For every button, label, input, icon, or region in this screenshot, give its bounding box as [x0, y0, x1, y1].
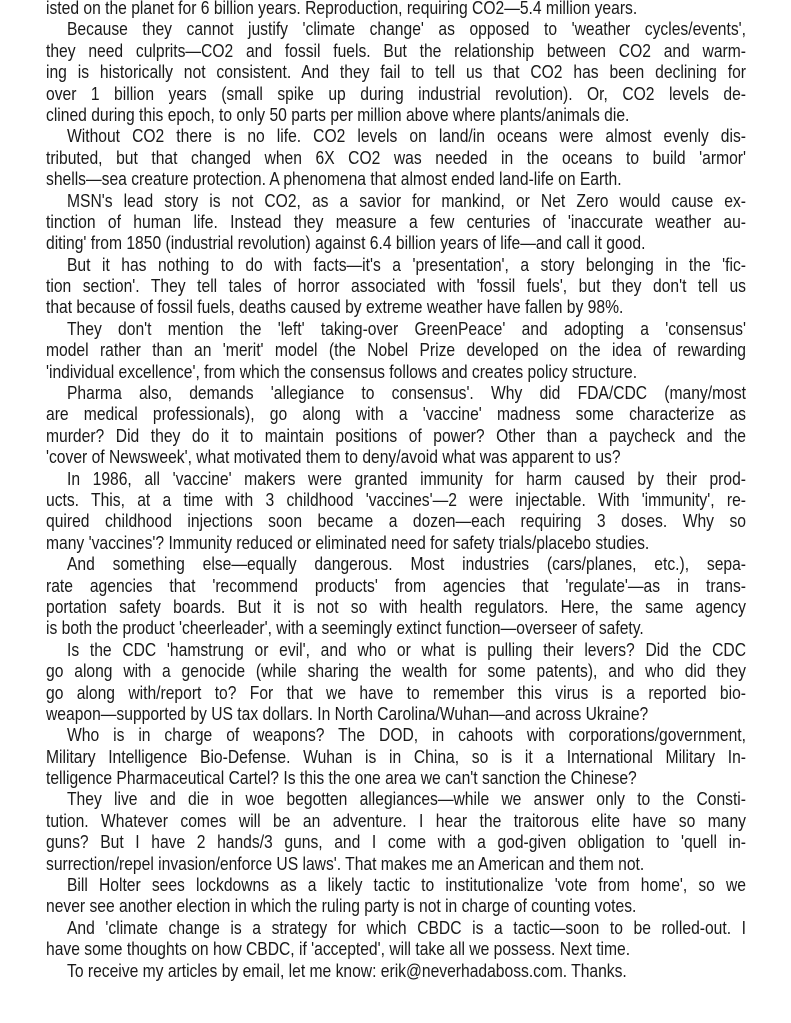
text-line: they need culprits—CO2 and fossil fuels.… [46, 41, 746, 62]
text-line: In 1986, all 'vaccine' makers were grant… [46, 469, 746, 490]
article-body: isted on the planet for 6 billion years.… [46, 0, 746, 982]
text-line: portation safety boards. But it is not s… [46, 597, 746, 618]
text-line: is both the product 'cheerleader', with … [46, 618, 746, 639]
text-line: Pharma also, demands 'allegiance to cons… [46, 383, 746, 404]
text-line: 'cover of Newsweek', what motivated them… [46, 447, 746, 468]
text-line: 'individual excellence', from which the … [46, 362, 746, 383]
text-line: ucts. This, at a time with 3 childhood '… [46, 490, 746, 511]
line-text: Is the CDC 'hamstrung or evil', and who … [67, 640, 746, 661]
line-text: 'cover of Newsweek', what motivated them… [46, 447, 621, 468]
paragraph: To receive my articles by email, let me … [46, 961, 746, 982]
paragraph: And something else—equally dangerous. Mo… [46, 554, 746, 640]
paragraph: isted on the planet for 6 billion years.… [46, 0, 746, 19]
line-text: tributed, but that changed when 6X CO2 w… [46, 148, 746, 169]
line-text: Bill Holter sees lockdowns as a likely t… [67, 875, 746, 896]
paragraph: Pharma also, demands 'allegiance to cons… [46, 383, 746, 469]
paragraph: In 1986, all 'vaccine' makers were grant… [46, 469, 746, 555]
line-text: clined during this epoch, to only 50 par… [46, 105, 629, 126]
line-text: telligence Pharmaceutical Cartel? Is thi… [46, 768, 637, 789]
text-line: that because of fossil fuels, deaths cau… [46, 297, 746, 318]
text-line: Without CO2 there is no life. CO2 levels… [46, 126, 746, 147]
text-line: To receive my articles by email, let me … [46, 961, 746, 982]
text-line: go along with a genocide (while sharing … [46, 661, 746, 682]
text-line: never see another election in which the … [46, 896, 746, 917]
text-line: quired childhood injections soon became … [46, 511, 746, 532]
text-line: rate agencies that 'recommend products' … [46, 576, 746, 597]
text-line: ing is historically not consistent. And … [46, 62, 746, 83]
line-text: never see another election in which the … [46, 896, 636, 917]
line-text: have some thoughts on how CBDC, if 'acce… [46, 939, 630, 960]
line-text: tion section'. They tell tales of horror… [46, 276, 746, 297]
text-line: isted on the planet for 6 billion years.… [46, 0, 746, 19]
line-text: tinction of human life. Instead they mea… [46, 212, 746, 233]
line-text: is both the product 'cheerleader', with … [46, 618, 644, 639]
paragraph: But it has nothing to do with facts—it's… [46, 255, 746, 319]
line-text: quired childhood injections soon became … [46, 511, 746, 532]
line-text: ing is historically not consistent. And … [46, 62, 746, 83]
text-line: have some thoughts on how CBDC, if 'acce… [46, 939, 746, 960]
paragraph: MSN's lead story is not CO2, as a savior… [46, 191, 746, 255]
text-line: And something else—equally dangerous. Mo… [46, 554, 746, 575]
line-text: portation safety boards. But it is not s… [46, 597, 746, 618]
line-text: And something else—equally dangerous. Mo… [67, 554, 746, 575]
text-line: But it has nothing to do with facts—it's… [46, 255, 746, 276]
line-text: over 1 billion years (small spike up dur… [46, 84, 746, 105]
paragraph: They don't mention the 'left' taking-ove… [46, 319, 746, 383]
line-text: Military Intelligence Bio-Defense. Wuhan… [46, 747, 746, 768]
line-text: many 'vaccines'? Immunity reduced or eli… [46, 533, 649, 554]
text-line: They live and die in woe begotten allegi… [46, 789, 746, 810]
text-line: over 1 billion years (small spike up dur… [46, 84, 746, 105]
line-text: go along with a genocide (while sharing … [46, 661, 746, 682]
text-line: go along with/report to? For that we hav… [46, 683, 746, 704]
text-line: MSN's lead story is not CO2, as a savior… [46, 191, 746, 212]
line-text: Because they cannot justify 'climate cha… [67, 19, 746, 40]
line-text: diting' from 1850 (industrial revolution… [46, 233, 645, 254]
line-text: But it has nothing to do with facts—it's… [67, 255, 746, 276]
text-line: Military Intelligence Bio-Defense. Wuhan… [46, 747, 746, 768]
text-line: weapon—supported by US tax dollars. In N… [46, 704, 746, 725]
line-text: Without CO2 there is no life. CO2 levels… [67, 126, 746, 147]
line-text: MSN's lead story is not CO2, as a savior… [67, 191, 746, 212]
text-line: guns? But I have 2 hands/3 guns, and I c… [46, 832, 746, 853]
line-text: isted on the planet for 6 billion years.… [46, 0, 637, 19]
line-text: go along with/report to? For that we hav… [46, 683, 746, 704]
line-text: Who is in charge of weapons? The DOD, in… [67, 725, 746, 746]
line-text: weapon—supported by US tax dollars. In N… [46, 704, 648, 725]
line-text: They don't mention the 'left' taking-ove… [67, 319, 746, 340]
line-text: To receive my articles by email, let me … [67, 961, 627, 982]
paragraph: Is the CDC 'hamstrung or evil', and who … [46, 640, 746, 726]
text-line: many 'vaccines'? Immunity reduced or eli… [46, 533, 746, 554]
text-line: diting' from 1850 (industrial revolution… [46, 233, 746, 254]
text-line: Bill Holter sees lockdowns as a likely t… [46, 875, 746, 896]
text-line: clined during this epoch, to only 50 par… [46, 105, 746, 126]
line-text: Pharma also, demands 'allegiance to cons… [67, 383, 746, 404]
text-line: Who is in charge of weapons? The DOD, in… [46, 725, 746, 746]
line-text: surrection/repel invasion/enforce US law… [46, 854, 644, 875]
line-text: And 'climate change is a strategy for wh… [67, 918, 746, 939]
line-text: tution. Whatever comes will be an advent… [46, 811, 746, 832]
paragraph: Bill Holter sees lockdowns as a likely t… [46, 875, 746, 918]
text-line: are medical professionals), go along wit… [46, 404, 746, 425]
line-text: They live and die in woe begotten allegi… [67, 789, 746, 810]
text-line: murder? Did they do it to maintain posit… [46, 426, 746, 447]
line-text: are medical professionals), go along wit… [46, 404, 746, 425]
text-line: And 'climate change is a strategy for wh… [46, 918, 746, 939]
text-line: Because they cannot justify 'climate cha… [46, 19, 746, 40]
paragraph: They live and die in woe begotten allegi… [46, 789, 746, 875]
text-line: surrection/repel invasion/enforce US law… [46, 854, 746, 875]
text-line: shells—sea creature protection. A phenom… [46, 169, 746, 190]
line-text: ucts. This, at a time with 3 childhood '… [46, 490, 746, 511]
line-text: murder? Did they do it to maintain posit… [46, 426, 746, 447]
line-text: they need culprits—CO2 and fossil fuels.… [46, 41, 746, 62]
paragraph: And 'climate change is a strategy for wh… [46, 918, 746, 961]
line-text: rate agencies that 'recommend products' … [46, 576, 746, 597]
text-line: telligence Pharmaceutical Cartel? Is thi… [46, 768, 746, 789]
text-line: Is the CDC 'hamstrung or evil', and who … [46, 640, 746, 661]
line-text: guns? But I have 2 hands/3 guns, and I c… [46, 832, 746, 853]
text-line: tution. Whatever comes will be an advent… [46, 811, 746, 832]
line-text: that because of fossil fuels, deaths cau… [46, 297, 623, 318]
text-line: tributed, but that changed when 6X CO2 w… [46, 148, 746, 169]
paragraph: Because they cannot justify 'climate cha… [46, 19, 746, 126]
text-line: model rather than an 'merit' model (the … [46, 340, 746, 361]
paragraph: Who is in charge of weapons? The DOD, in… [46, 725, 746, 789]
text-line: tinction of human life. Instead they mea… [46, 212, 746, 233]
line-text: shells—sea creature protection. A phenom… [46, 169, 622, 190]
text-line: tion section'. They tell tales of horror… [46, 276, 746, 297]
line-text: In 1986, all 'vaccine' makers were grant… [67, 469, 746, 490]
line-text: model rather than an 'merit' model (the … [46, 340, 746, 361]
line-text: 'individual excellence', from which the … [46, 362, 637, 383]
text-line: They don't mention the 'left' taking-ove… [46, 319, 746, 340]
paragraph: Without CO2 there is no life. CO2 levels… [46, 126, 746, 190]
